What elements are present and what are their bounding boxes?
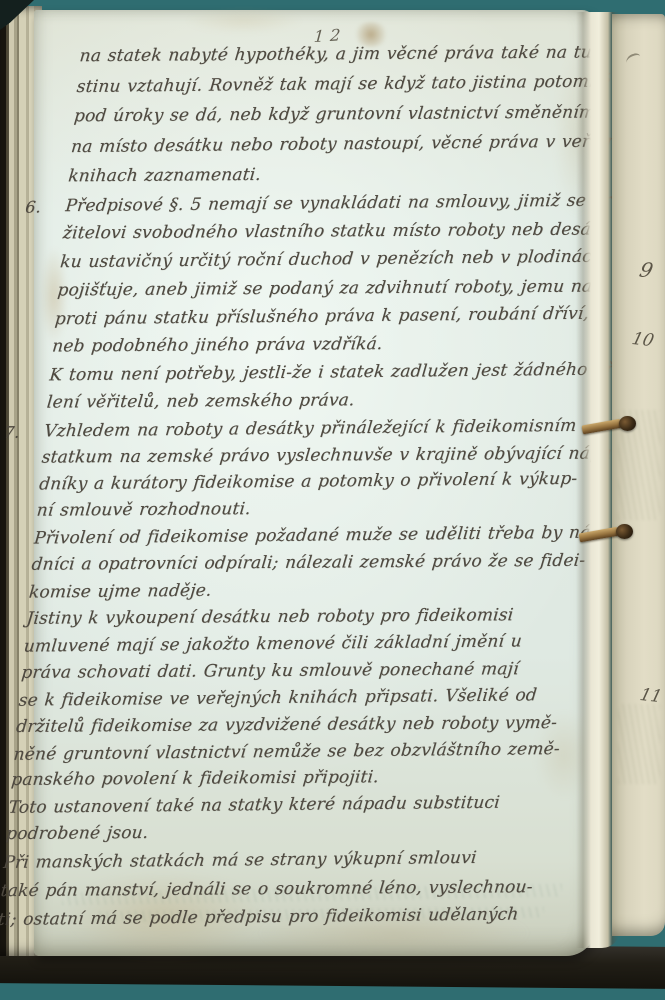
manuscript-page: 12 na statek nabyté hypothéky, a jim věc… (34, 10, 596, 956)
fastener-head (619, 416, 636, 431)
section-number: 7. (3, 419, 40, 446)
section-number: 6. (24, 193, 61, 222)
ink-showthrough (618, 704, 660, 784)
manuscript-line: Jistiny k vykoupení desátku neb roboty p… (25, 602, 544, 633)
manuscript-line: se k fideikomise ve veřejných knihách př… (17, 682, 537, 714)
manuscript-line: pojišťuje, aneb jimiž se podaný za zdvih… (56, 272, 576, 304)
next-page-margin-number: 10 (630, 329, 656, 351)
manuscript-line: ku ustavičný určitý roční duchod v peněz… (59, 243, 579, 277)
manuscript-section: 8.Při manských statkách má se strany výk… (0, 844, 522, 935)
fastener-head (616, 524, 633, 539)
manuscript-line: stinu vztahují. Rovněž tak mají se když … (75, 67, 595, 102)
manuscript-line: knihach zaznamenati. (67, 158, 587, 192)
manuscript-line: dníci a opatrovníci odpírali; nálezali z… (30, 548, 549, 579)
manuscript-line: na místo desátku nebo roboty nastoupí, v… (70, 127, 590, 162)
manuscript-line: statkum na zemské právo vyslechnuvše v k… (40, 440, 559, 471)
manuscript-line: Při manských statkách má se strany výkup… (2, 844, 522, 878)
manuscript-line: panského povolení k fideikomisi připojit… (10, 764, 529, 795)
manuscript-line: Vzhledem na roboty a desátky přináležejí… (43, 413, 563, 445)
manuscript-line: práva schovati dati. Grunty ku smlouvě p… (20, 656, 539, 687)
book-photo: 12 na statek nabyté hypothéky, a jim věc… (0, 0, 665, 1000)
manuscript-line: držitelů fideikomise za vyzdvižené desát… (15, 710, 534, 741)
manuscript-text: na statek nabyté hypothéky, a jim věcné … (0, 37, 598, 935)
next-page-edge: 91011 (612, 14, 665, 936)
manuscript-section: 6.Předpisové §. 5 nemají se vynakládati … (45, 187, 583, 418)
binding-fastener-icon (579, 520, 639, 548)
manuscript-line: také pán manství, jednáli se o soukromné… (0, 873, 519, 905)
manuscript-line: neb podobného jiného práva vzdříká. (51, 329, 571, 361)
fastener-wing (582, 419, 623, 435)
manuscript-line: umluvené mají se jakožto kmenové čili zá… (23, 628, 543, 660)
manuscript-section: na statek nabyté hypothéky, a jim věcné … (67, 37, 598, 193)
manuscript-section: 7.Vzhledem na roboty a desátky přináleže… (5, 413, 563, 849)
manuscript-line: ní smlouvě rozhodnouti. (35, 494, 554, 525)
manuscript-line: pod úroky se dá, neb když gruntovní vlas… (73, 97, 593, 131)
binding-fastener-icon (582, 412, 642, 440)
manuscript-line: ti; ostatní má se podle předpisu pro fid… (0, 901, 516, 935)
ink-mark (625, 52, 643, 67)
manuscript-line: žitelovi svobodného vlastního statku mís… (62, 216, 582, 248)
next-page-margin-number: 9 (637, 257, 655, 282)
paper-stain (184, 8, 304, 34)
fastener-wing (579, 527, 620, 543)
next-page-margin-number: 11 (638, 685, 664, 707)
manuscript-line: na statek nabyté hypothéky, a jim věcné … (78, 37, 598, 71)
